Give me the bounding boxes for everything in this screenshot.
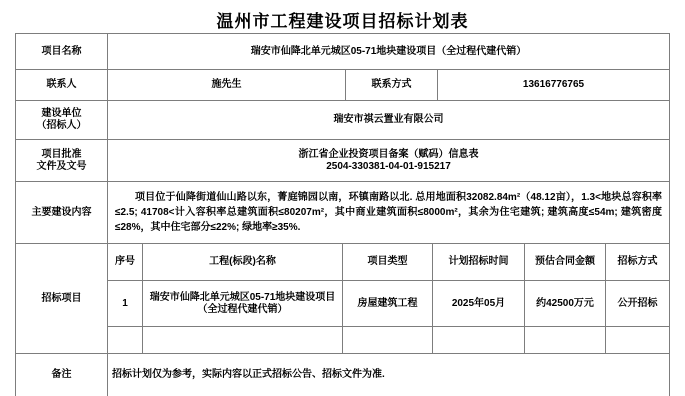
remark-label: 备注 <box>16 354 107 396</box>
remark-row: 备注 招标计划仅为参考，实际内容以正式招标公告、招标文件为准. <box>16 353 669 396</box>
bidding-item-time: 2025年05月 <box>432 281 524 326</box>
bidding-header-time: 计划招标时间 <box>432 244 524 280</box>
builder-label-line2: （招标人） <box>37 120 87 132</box>
bidding-subtable: 序号 工程(标段)名称 项目类型 计划招标时间 预估合同金额 招标方式 1 瑞安… <box>107 244 669 353</box>
bidding-empty-no <box>107 327 142 353</box>
bidding-header-name: 工程(标段)名称 <box>142 244 342 280</box>
remark-value: 招标计划仅为参考，实际内容以正式招标公告、招标文件为准. <box>107 354 669 396</box>
bidding-header-method: 招标方式 <box>605 244 669 280</box>
builder-row: 建设单位 （招标人） 瑞安市祺云置业有限公司 <box>16 100 669 139</box>
approval-row: 项目批准 文件及文号 浙江省企业投资项目备案（赋码）信息表 2504-33038… <box>16 139 669 181</box>
project-name-value: 瑞安市仙降北单元城区05-71地块建设项目（全过程代建代销） <box>107 34 669 69</box>
project-name-row: 项目名称 瑞安市仙降北单元城区05-71地块建设项目（全过程代建代销） <box>16 34 669 69</box>
bidding-empty-method <box>605 327 669 353</box>
bidding-header-row: 序号 工程(标段)名称 项目类型 计划招标时间 预估合同金额 招标方式 <box>107 244 669 280</box>
bidding-header-type: 项目类型 <box>342 244 432 280</box>
bidding-plan-table: 项目名称 瑞安市仙降北单元城区05-71地块建设项目（全过程代建代销） 联系人 … <box>15 33 670 396</box>
bidding-plan-document: 温州市工程建设项目招标计划表 项目名称 瑞安市仙降北单元城区05-71地块建设项… <box>0 0 685 396</box>
bidding-section-row: 招标项目 序号 工程(标段)名称 项目类型 计划招标时间 预估合同金额 招标方式… <box>16 243 669 353</box>
approval-label-line2: 文件及文号 <box>37 161 87 173</box>
approval-value: 浙江省企业投资项目备案（赋码）信息表 2504-330381-04-01-915… <box>107 140 669 181</box>
builder-label: 建设单位 （招标人） <box>16 101 107 139</box>
project-name-label: 项目名称 <box>16 34 107 69</box>
bidding-item-no: 1 <box>107 281 142 326</box>
builder-value: 瑞安市祺云置业有限公司 <box>107 101 669 139</box>
contact-value: 施先生 <box>107 70 345 100</box>
bidding-header-no: 序号 <box>107 244 142 280</box>
builder-label-line1: 建设单位 <box>42 108 82 120</box>
main-content-value: 项目位于仙降街道仙山路以东，菁庭锦园以南，环镇南路以北. 总用地面积32082.… <box>107 182 669 243</box>
contact-method-label: 联系方式 <box>345 70 437 100</box>
main-content-text: 项目位于仙降街道仙山路以东，菁庭锦园以南，环镇南路以北. 总用地面积32082.… <box>115 190 662 235</box>
bidding-empty-time <box>432 327 524 353</box>
bidding-data-row: 1 瑞安市仙降北单元城区05-71地块建设项目（全过程代建代销） 房屋建筑工程 … <box>107 280 669 326</box>
bidding-empty-name <box>142 327 342 353</box>
approval-doc-number: 2504-330381-04-01-915217 <box>326 161 451 173</box>
bidding-section-label: 招标项目 <box>16 244 107 353</box>
bidding-item-type: 房屋建筑工程 <box>342 281 432 326</box>
approval-label-line1: 项目批准 <box>42 149 82 161</box>
contact-method-value: 13616776765 <box>437 70 669 100</box>
page-title: 温州市工程建设项目招标计划表 <box>0 0 685 32</box>
main-content-row: 主要建设内容 项目位于仙降街道仙山路以东，菁庭锦园以南，环镇南路以北. 总用地面… <box>16 181 669 243</box>
contact-label: 联系人 <box>16 70 107 100</box>
main-content-label: 主要建设内容 <box>16 182 107 243</box>
approval-label: 项目批准 文件及文号 <box>16 140 107 181</box>
bidding-empty-amount <box>524 327 605 353</box>
bidding-empty-type <box>342 327 432 353</box>
contact-row: 联系人 施先生 联系方式 13616776765 <box>16 69 669 100</box>
approval-doc-name: 浙江省企业投资项目备案（赋码）信息表 <box>299 149 479 161</box>
bidding-header-amount: 预估合同金额 <box>524 244 605 280</box>
bidding-item-name: 瑞安市仙降北单元城区05-71地块建设项目（全过程代建代销） <box>142 281 342 326</box>
bidding-empty-row <box>107 326 669 353</box>
bidding-item-amount: 约42500万元 <box>524 281 605 326</box>
bidding-item-method: 公开招标 <box>605 281 669 326</box>
